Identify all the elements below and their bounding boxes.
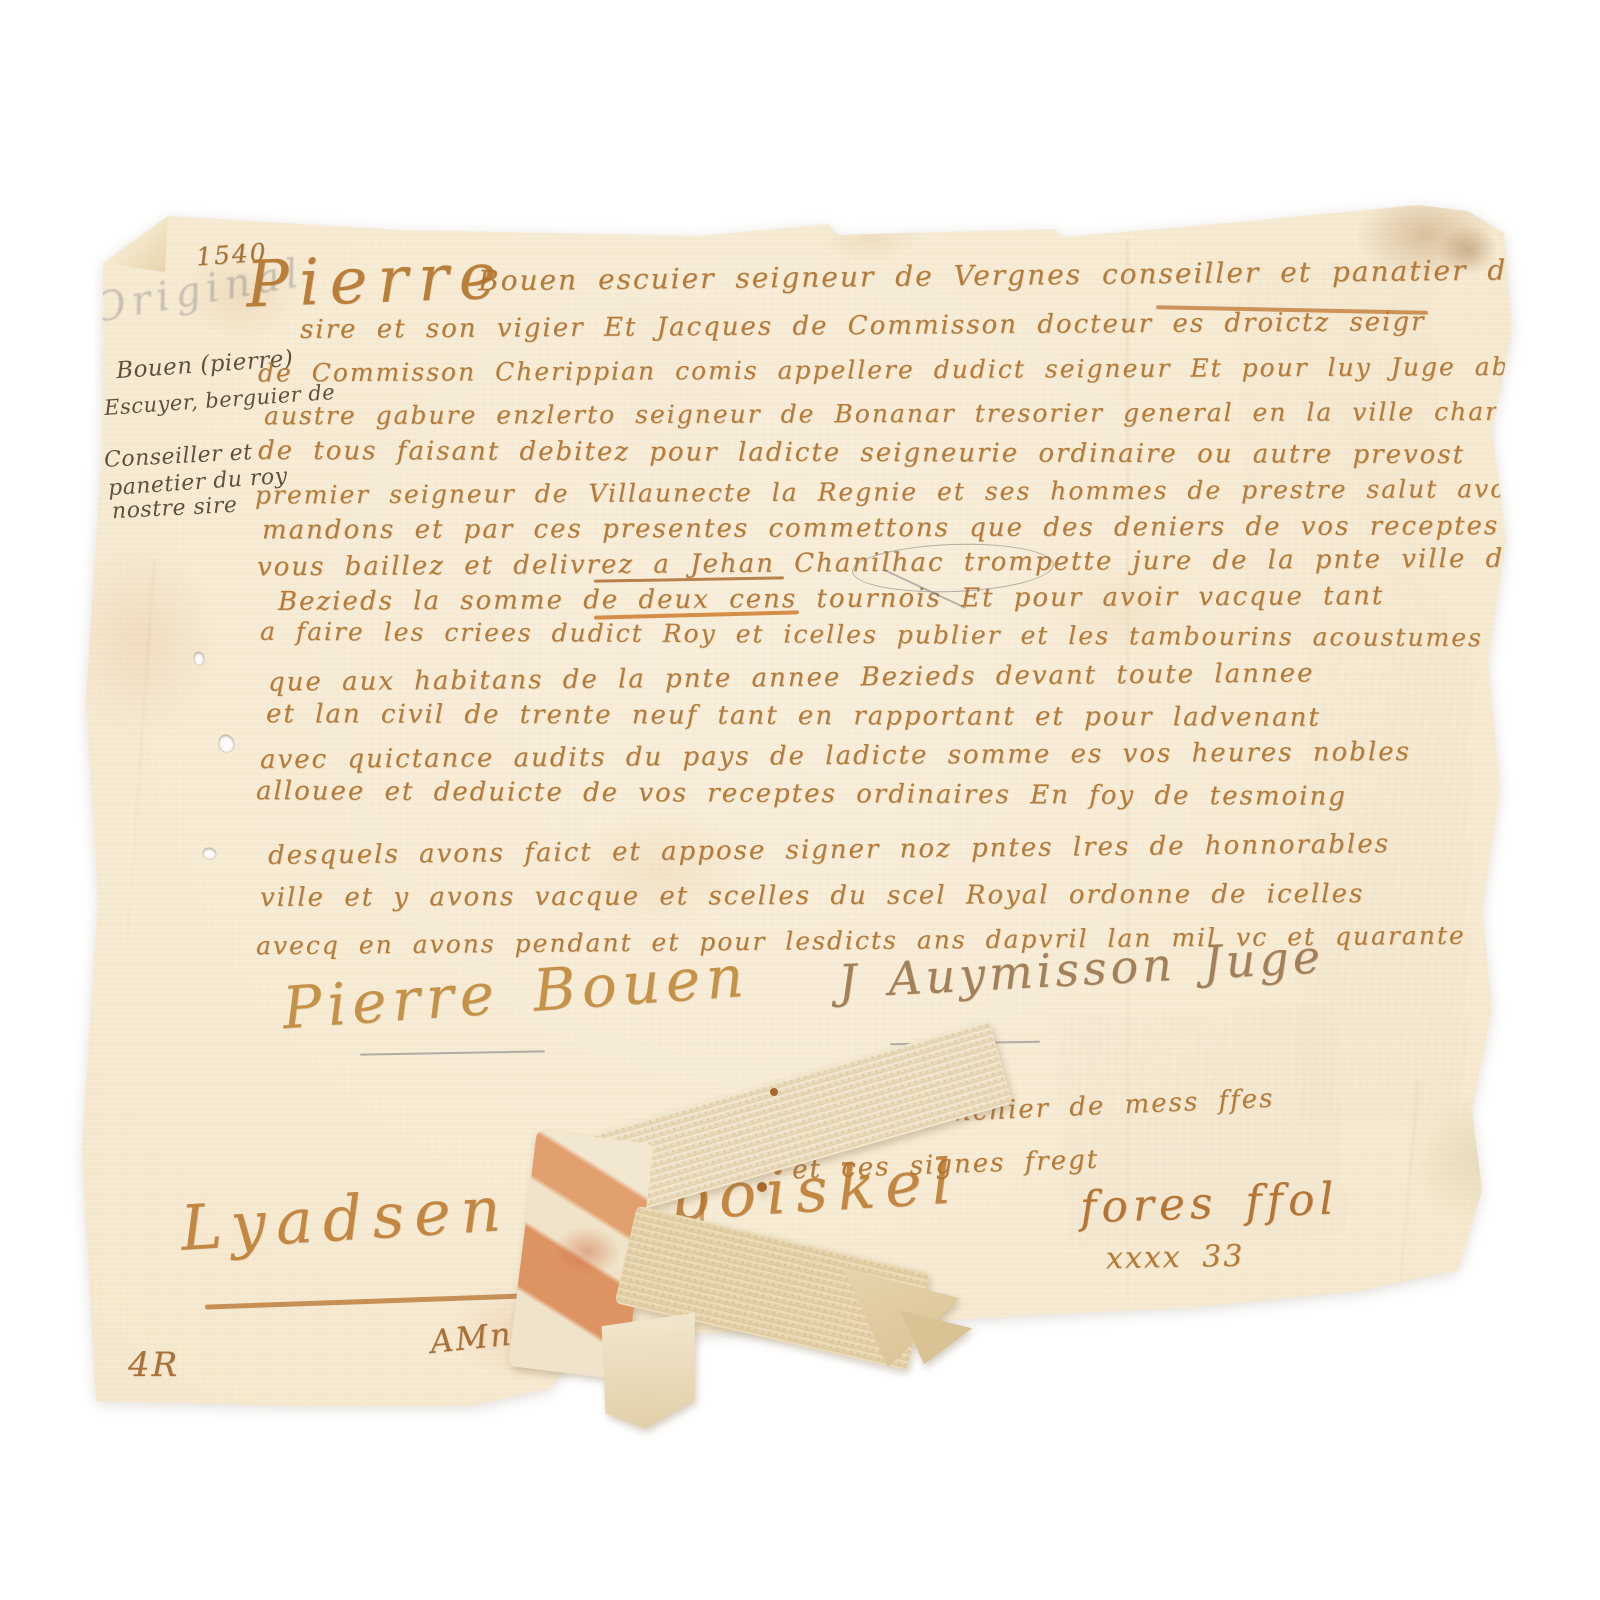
ink-dot [757,1182,767,1192]
seal-tag [0,0,1600,1600]
seal-tag-bottom-tip [592,1312,712,1432]
ink-dot [770,1088,778,1096]
photo-canvas: 1540 Original Bouen (pierre) Escuyer, be… [0,0,1600,1600]
